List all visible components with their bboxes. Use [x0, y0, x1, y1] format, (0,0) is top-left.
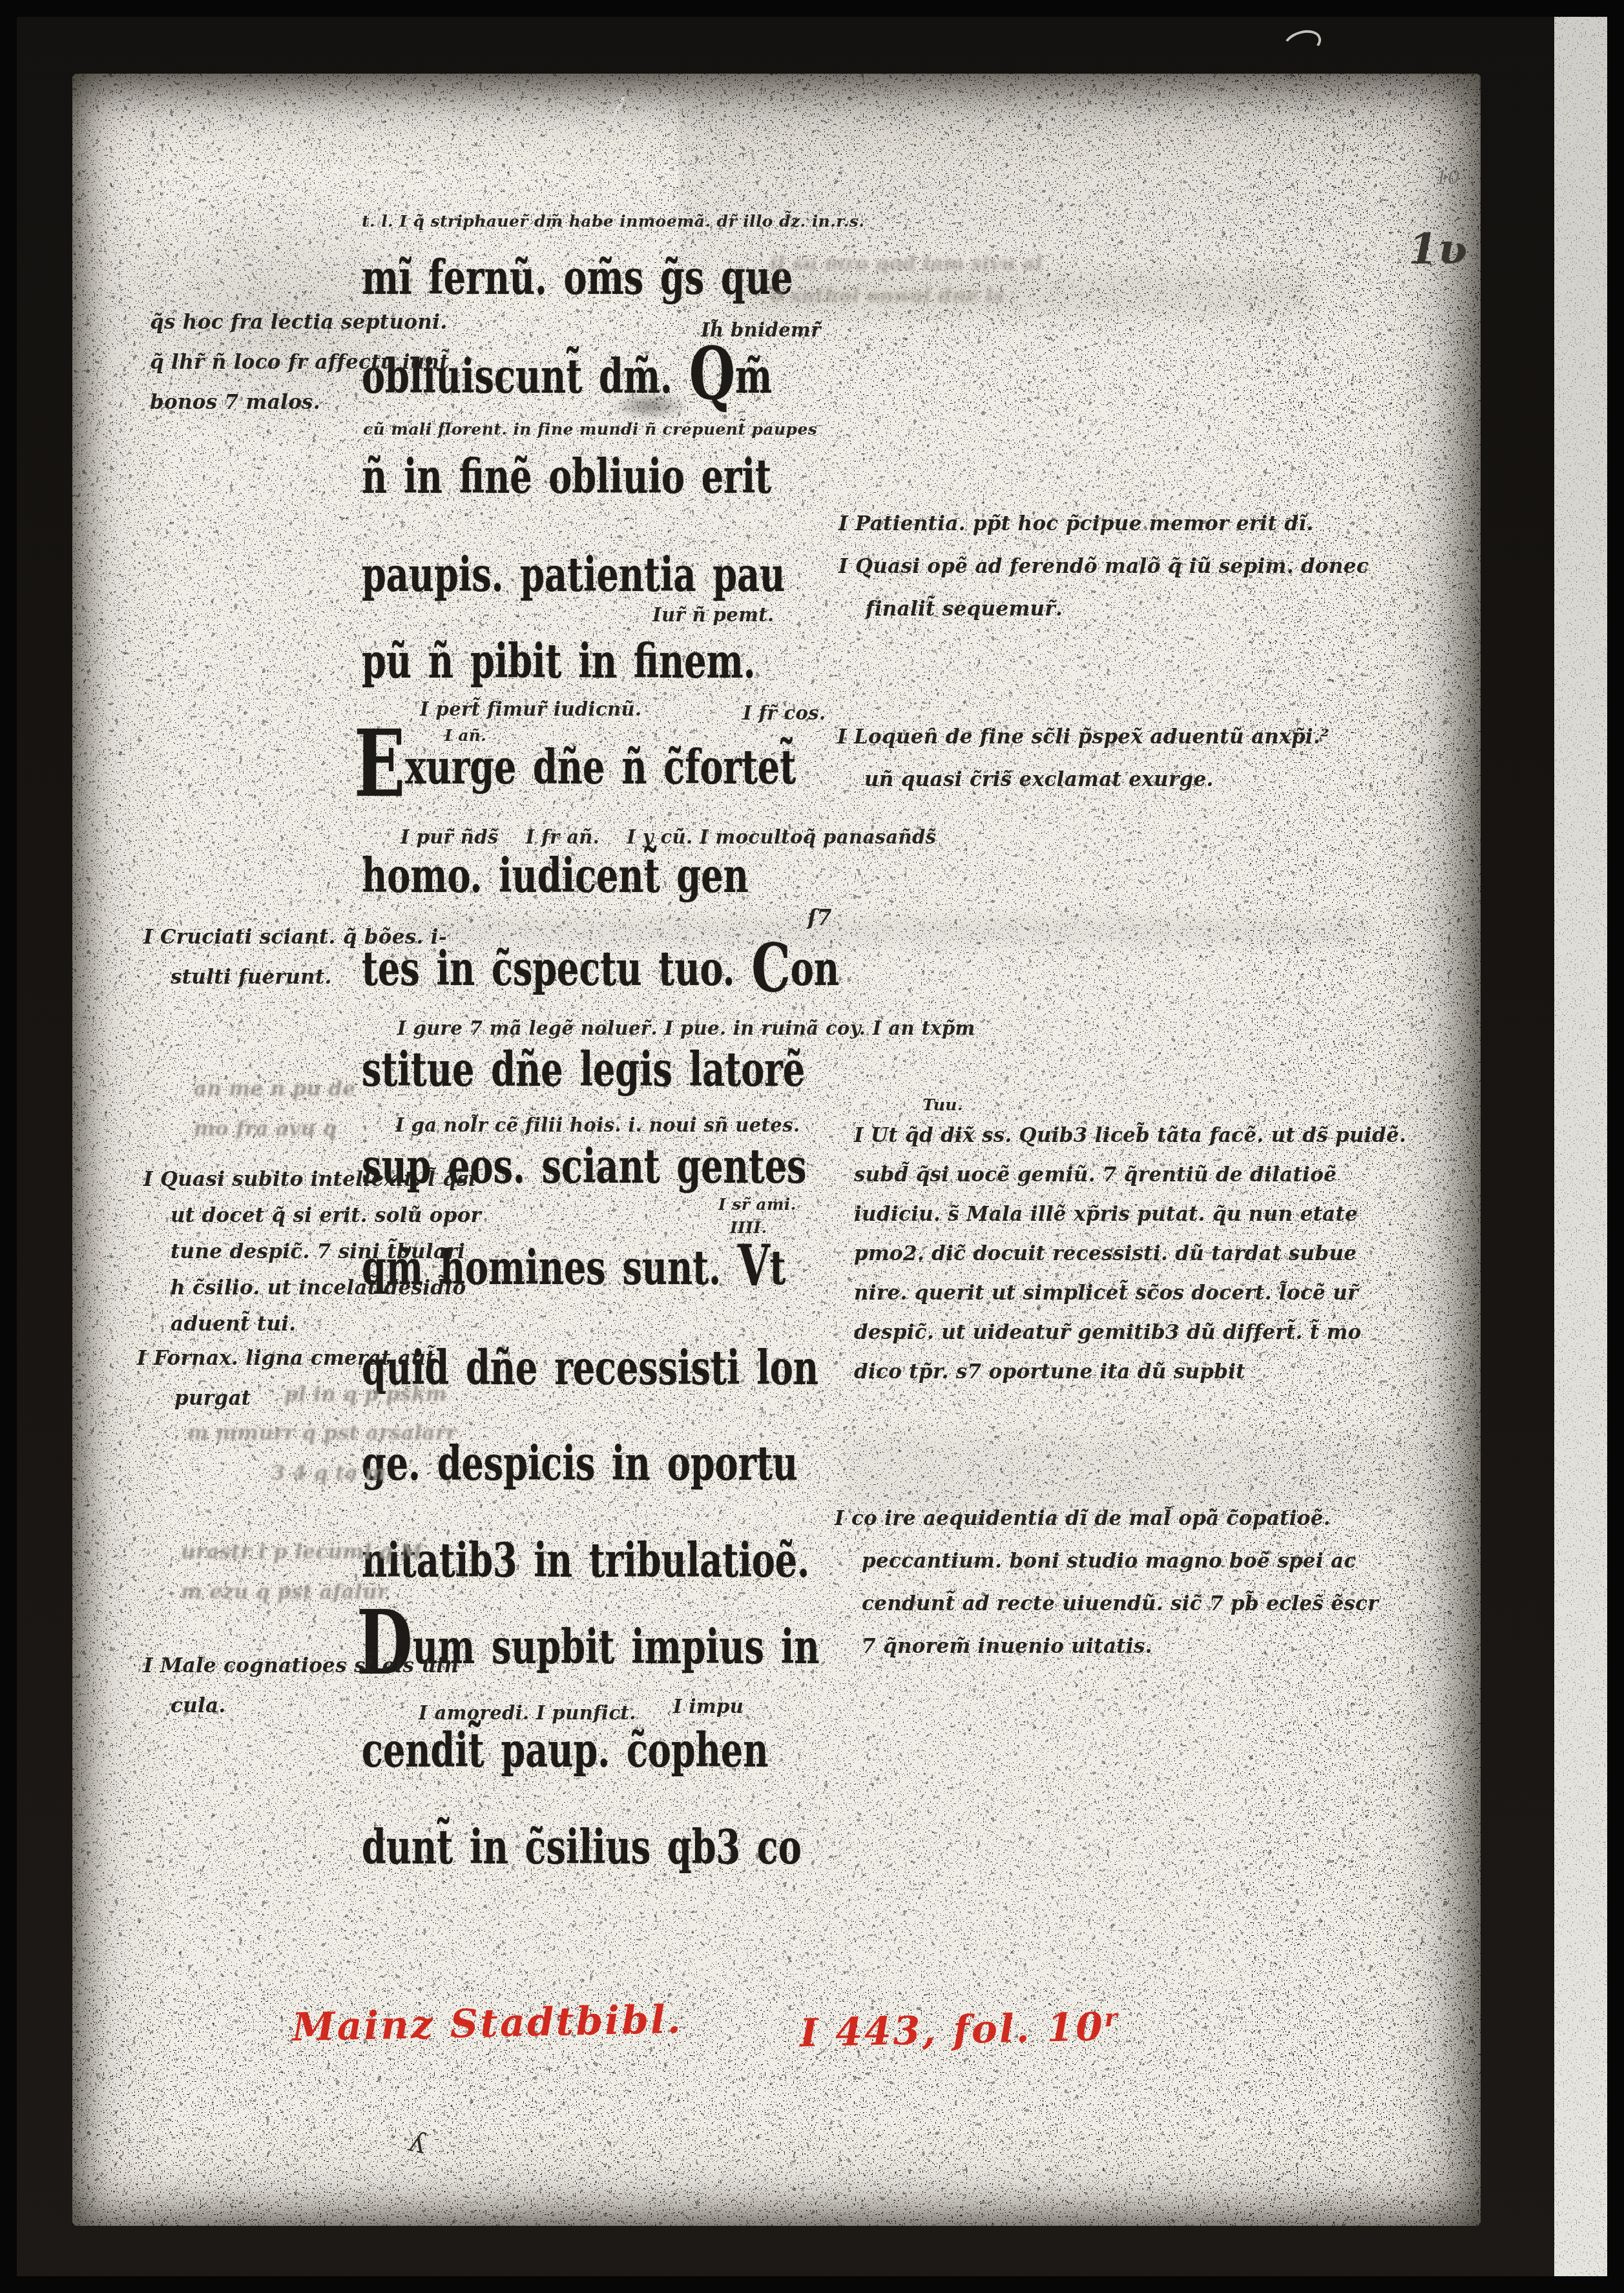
interlinear-gloss-row: I ga nol̃r cẽ filii hois. i. noui sñ uet… — [395, 1116, 800, 1135]
gloss-line: ut docet q̃ si erit. solũ opor — [171, 1198, 481, 1234]
bleed-line: o suthol onwal dne ls — [770, 280, 1043, 313]
left-bleed-through-3: m mmurr q pst arsalarr 3 4 q ta m — [187, 1413, 457, 1493]
right-margin-gloss-3: I Ut q̃d dix̃ ss. Quib3 liceb̃ tãta facẽ… — [854, 1116, 1406, 1392]
gloss-line: uñ quasi c̃ris̃ exclamat exurge. — [864, 758, 1329, 801]
gloss-line: q̃ lhr̃ ñ loco fr affectu iunt̃ — [150, 342, 449, 382]
main-text-line-3: ñ in finẽ obliuio erit — [362, 452, 771, 499]
gloss-line: tune despic̃. 7 sini t̃bulari — [171, 1234, 481, 1270]
right-margin-gloss-2: I Loquen̑ de fine sc̃li p̃spex̃ aduentũ … — [837, 716, 1329, 801]
interlinear-gloss: Iur̃ ñ pemt. — [652, 606, 775, 625]
gloss-line: iudiciu. s̃ Mala illẽ xp̃ris putat. q̃u … — [854, 1195, 1406, 1234]
gloss-line: 7 q̃norem̃ inuenio uitatis. — [862, 1625, 1379, 1668]
main-text-line-9: stitue dñe legis latorẽ — [362, 1045, 805, 1092]
gloss-line: I Ut q̃d dix̃ ss. Quib3 liceb̃ tãta facẽ… — [854, 1116, 1406, 1156]
line-6-post: xurge dñe ñ c̃fortet̃ — [405, 738, 796, 794]
bleed-line: mo fra avu q — [194, 1109, 355, 1149]
gloss-line: dico tp̃r. s7 oportune ita dũ supbit — [854, 1353, 1406, 1392]
gloss-line: despic̃. ut uideatur̃ gemitib3 dũ differ… — [854, 1313, 1406, 1353]
folio-number-ink: 1ʋ — [1408, 223, 1468, 274]
bleed-line: m ezu q pst afalur — [181, 1572, 422, 1612]
gloss-line: I Male cognatioes st̃ eis uin — [143, 1646, 459, 1686]
gloss-line: I Quasi subito intellexit. l̃ q̃si — [143, 1161, 481, 1198]
photocopy-canvas: t. l. I q̃ striphauer̃ dm̃ habe inmoemã.… — [0, 0, 1624, 2293]
superscript-mark: ſ7 — [807, 907, 832, 928]
gloss-line: h c̃silio. ut incelat̃ desid̃io — [171, 1270, 481, 1306]
main-text-line-6: Exurge dñe ñ c̃fortet̃ — [354, 743, 796, 790]
red-shelfmark-note-library: Mainz Stadtbibl. — [291, 1997, 683, 2051]
main-text-line-16: cendit̃ paup. c̃ophen — [362, 1726, 768, 1773]
gloss-line: nire. querit ut simplicet̃ sc̃os docert.… — [854, 1274, 1406, 1313]
interlinear-gloss: I fr̃ cos. — [743, 704, 826, 723]
bleed-line: an me n pu de — [194, 1069, 355, 1109]
left-margin-gloss-3: I Quasi subito intellexit. l̃ q̃si ut do… — [143, 1161, 481, 1342]
right-gloss-label: Tuu. — [922, 1097, 963, 1113]
gloss-line: I co ire aequidentia dĩ de mal̃ opã c̃op… — [835, 1497, 1379, 1540]
gloss-line: cula. — [171, 1686, 459, 1726]
interlinear-gloss: I pert̃ fimur̃ iudicnũ. — [420, 700, 642, 719]
left-margin-gloss-5: I Male cognatioes st̃ eis uin cula. — [143, 1646, 459, 1726]
left-bleed-through-4: urastr i p lecuml q M m ezu q pst afalur — [181, 1532, 422, 1612]
gloss-line: peccantium. boni studio magno boẽ spei a… — [862, 1540, 1379, 1582]
versal-C: C — [751, 929, 791, 1008]
left-bleed-through-2: pl in q p pskm — [284, 1375, 447, 1415]
gloss-line: q̃s hoc fra lectia septuoni. — [150, 302, 449, 342]
gloss-line: stulti fuerunt. — [171, 957, 447, 997]
line-2-post: m̃ — [735, 348, 772, 404]
shelfmark-superscript-r: r — [1104, 2003, 1119, 2032]
main-text-line-5: pũ ñ pibit in finem. — [362, 637, 756, 684]
versal-V: V — [738, 1234, 770, 1300]
left-margin-gloss-1: q̃s hoc fra lectia septuoni. q̃ lhr̃ ñ l… — [150, 302, 449, 422]
bleed-line: urastr i p lecuml q M — [181, 1532, 422, 1572]
gloss-line: I Patientia. pp̃t hoc p̃cipue memor erit… — [838, 503, 1369, 545]
gloss-line: aduent̃ tui. — [171, 1306, 481, 1342]
bleed-line: m mmurr q pst arsalarr — [187, 1413, 457, 1453]
gloss-line: I Quasi opẽ ad ferendõ malõ q̃ iũ sepim.… — [838, 545, 1369, 588]
main-text-line-4: paupis. patientia pau — [362, 550, 785, 597]
right-margin-gloss-1: I Patientia. pp̃t hoc p̃cipue memor erit… — [838, 503, 1369, 630]
mini-gloss: I sr̃ ami. — [718, 1196, 796, 1212]
gloss-line: I Cruciati sciant. q̃ bões. i- — [143, 917, 447, 957]
gloss-line: finalit̃ sequemur̃. — [866, 588, 1369, 630]
left-bleed-through-1: an me n pu de mo fra avu q — [194, 1069, 355, 1149]
line-11-post: t — [770, 1239, 786, 1295]
main-text-line-1: mĩ fernũ. om̃s g̃s que — [362, 253, 793, 300]
shelfmark-text: I 443, fol. 10 — [799, 2004, 1105, 2056]
gloss-line: I Loquen̑ de fine sc̃li p̃spex̃ aduentũ … — [837, 716, 1329, 758]
main-text-line-14: nitatib3 in tribulatioẽ. — [362, 1536, 809, 1583]
red-shelfmark-note-number: I 443, fol. 10r — [799, 2003, 1119, 2056]
gloss-line: subd̃ q̃si uocẽ gemiũ. 7 q̃rentiũ de dil… — [854, 1156, 1406, 1195]
photocopy-right-margin-strip — [1554, 17, 1607, 2276]
interlinear-gloss-row: I gure 7 mã legẽ noluer̃. I pue. in ruin… — [397, 1019, 975, 1038]
main-text-line-7: homo. iudicent̃ gen — [362, 851, 749, 898]
headline-gloss: t. l. I q̃ striphauer̃ dm̃ habe inmoemã.… — [362, 213, 864, 229]
versal-E: E — [354, 709, 405, 817]
interlinear-gloss: I impu — [673, 1697, 744, 1716]
bleed-line: il su mro qod lam sivu al — [770, 248, 1043, 280]
interlinear-gloss-row: I pur̃ ñds̃ I fr añ. I y cũ. I mocultoq̃… — [401, 828, 936, 847]
gloss-line: cendunt̃ ad recte uiuendũ. sic̃ 7 pb̃ ec… — [862, 1582, 1379, 1625]
left-margin-gloss-2: I Cruciati sciant. q̃ bões. i- stulti fu… — [143, 917, 447, 997]
folio-number-pencil: 10 — [1435, 167, 1460, 189]
bleed-line: pl in q p pskm — [284, 1375, 447, 1415]
line-8-post: on — [791, 940, 839, 996]
top-bleed-through: il su mro qod lam sivu al o suthol onwal… — [770, 248, 1043, 313]
right-margin-gloss-4: I co ire aequidentia dĩ de mal̃ opã c̃op… — [835, 1497, 1379, 1668]
gloss-line: bonos 7 malos. — [150, 382, 449, 422]
line-15-post: um supbit impius in — [413, 1618, 820, 1674]
bleed-line: 3 4 q ta m — [271, 1453, 457, 1493]
gloss-line: pmo2. dic̃ docuit recessisti. dũ tardat … — [854, 1234, 1406, 1274]
versal-Q: Q — [689, 333, 735, 417]
gloss-line: I Fornax. ligna cmerat aut̃ — [137, 1338, 435, 1378]
small-gloss-line: cũ mali florent. in fine mundi ñ crepuen… — [363, 421, 817, 437]
main-text-line-17: dunt̃ in c̃silius qb3 co — [362, 1823, 802, 1870]
